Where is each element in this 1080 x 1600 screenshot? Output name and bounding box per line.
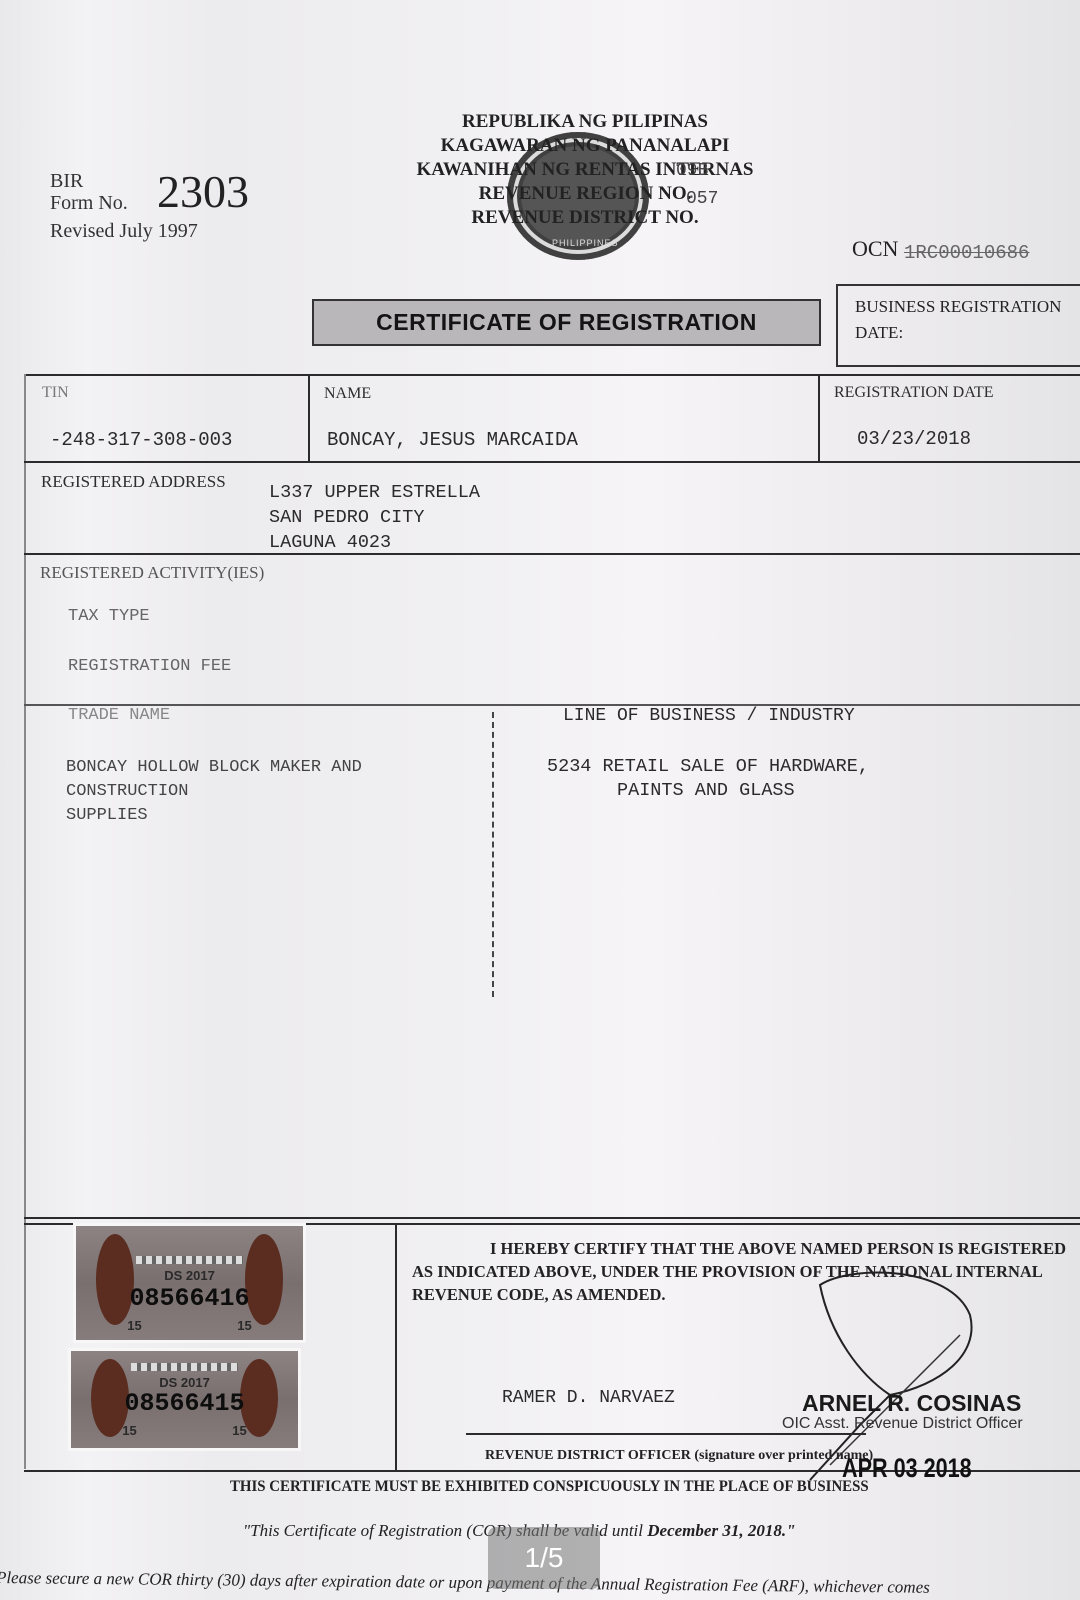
divider (24, 704, 1080, 706)
certificate-title: CERTIFICATE OF REGISTRATION (376, 309, 757, 336)
divider (24, 461, 1080, 463)
name-label: NAME (324, 385, 371, 403)
form-no-label: Form No. (50, 192, 128, 214)
registration-fee-label: REGISTRATION FEE (68, 657, 231, 676)
registration-date-value: 03/23/2018 (857, 428, 971, 450)
rdo-signature-label: REVENUE DISTRICT OFFICER (signature over… (485, 1448, 873, 1464)
tin-label: TIN (42, 384, 69, 402)
agency-header: REPUBLIKA NG PILIPINAS KAGAWARAN NG PANA… (395, 110, 775, 230)
tax-type-label: TAX TYPE (68, 607, 150, 626)
registered-activities-label: REGISTERED ACTIVITY(IES) (40, 563, 264, 583)
registration-date-label: REGISTRATION DATE (834, 384, 994, 402)
signer-title: OIC Asst. Revenue District Officer (782, 1415, 1023, 1433)
agency-abbr: BIR Form No. (50, 170, 128, 214)
seal-text: PHILIPPINES (552, 238, 619, 248)
renewal-notice: Please secure a new COR thirty (30) days… (0, 1568, 930, 1598)
documentary-stamp: DS 2017 08566415 15 15 (68, 1348, 301, 1451)
divider (308, 374, 310, 462)
divider (818, 374, 820, 462)
ocn-label: OCN (852, 236, 898, 262)
form-number: 2303 (157, 168, 249, 216)
address-label: REGISTERED ADDRESS (41, 472, 226, 492)
business-registration-label: BUSINESS REGISTRATION DATE: (855, 294, 1061, 346)
divider (24, 553, 1080, 555)
line-of-business-label: LINE OF BUSINESS / INDUSTRY (563, 706, 855, 726)
officer-name: RAMER D. NARVAEZ (502, 1388, 675, 1408)
dashed-divider (492, 712, 494, 997)
signature-line (466, 1433, 866, 1435)
registrant-name: BONCAY, JESUS MARCAIDA (327, 429, 578, 451)
revenue-district-number: 057 (686, 189, 718, 209)
divider (395, 1223, 397, 1471)
divider (24, 374, 1080, 376)
certificate-title-box: CERTIFICATE OF REGISTRATION (312, 299, 821, 346)
trade-name: BONCAY HOLLOW BLOCK MAKER AND CONSTRUCTI… (66, 756, 362, 828)
divider (24, 1217, 1080, 1219)
ocn-value: 1RC00010686 (904, 242, 1029, 264)
tin-value: -248-317-308-003 (50, 429, 232, 451)
revenue-region-number: 09B (676, 161, 708, 181)
form-revision: Revised July 1997 (50, 220, 198, 243)
line-of-business: 5234 RETAIL SALE OF HARDWARE, PAINTS AND… (547, 755, 869, 803)
exhibit-notice: THIS CERTIFICATE MUST BE EXHIBITED CONSP… (230, 1478, 869, 1496)
left-border (24, 374, 26, 1469)
page-indicator: 1/5 (488, 1527, 600, 1589)
signer-name: ARNEL R. COSINAS (802, 1390, 1021, 1417)
trade-name-label: TRADE NAME (68, 706, 170, 725)
documentary-stamp: DS 2017 08566416 15 15 (73, 1223, 306, 1343)
registered-address: L337 UPPER ESTRELLA SAN PEDRO CITY LAGUN… (269, 480, 480, 555)
